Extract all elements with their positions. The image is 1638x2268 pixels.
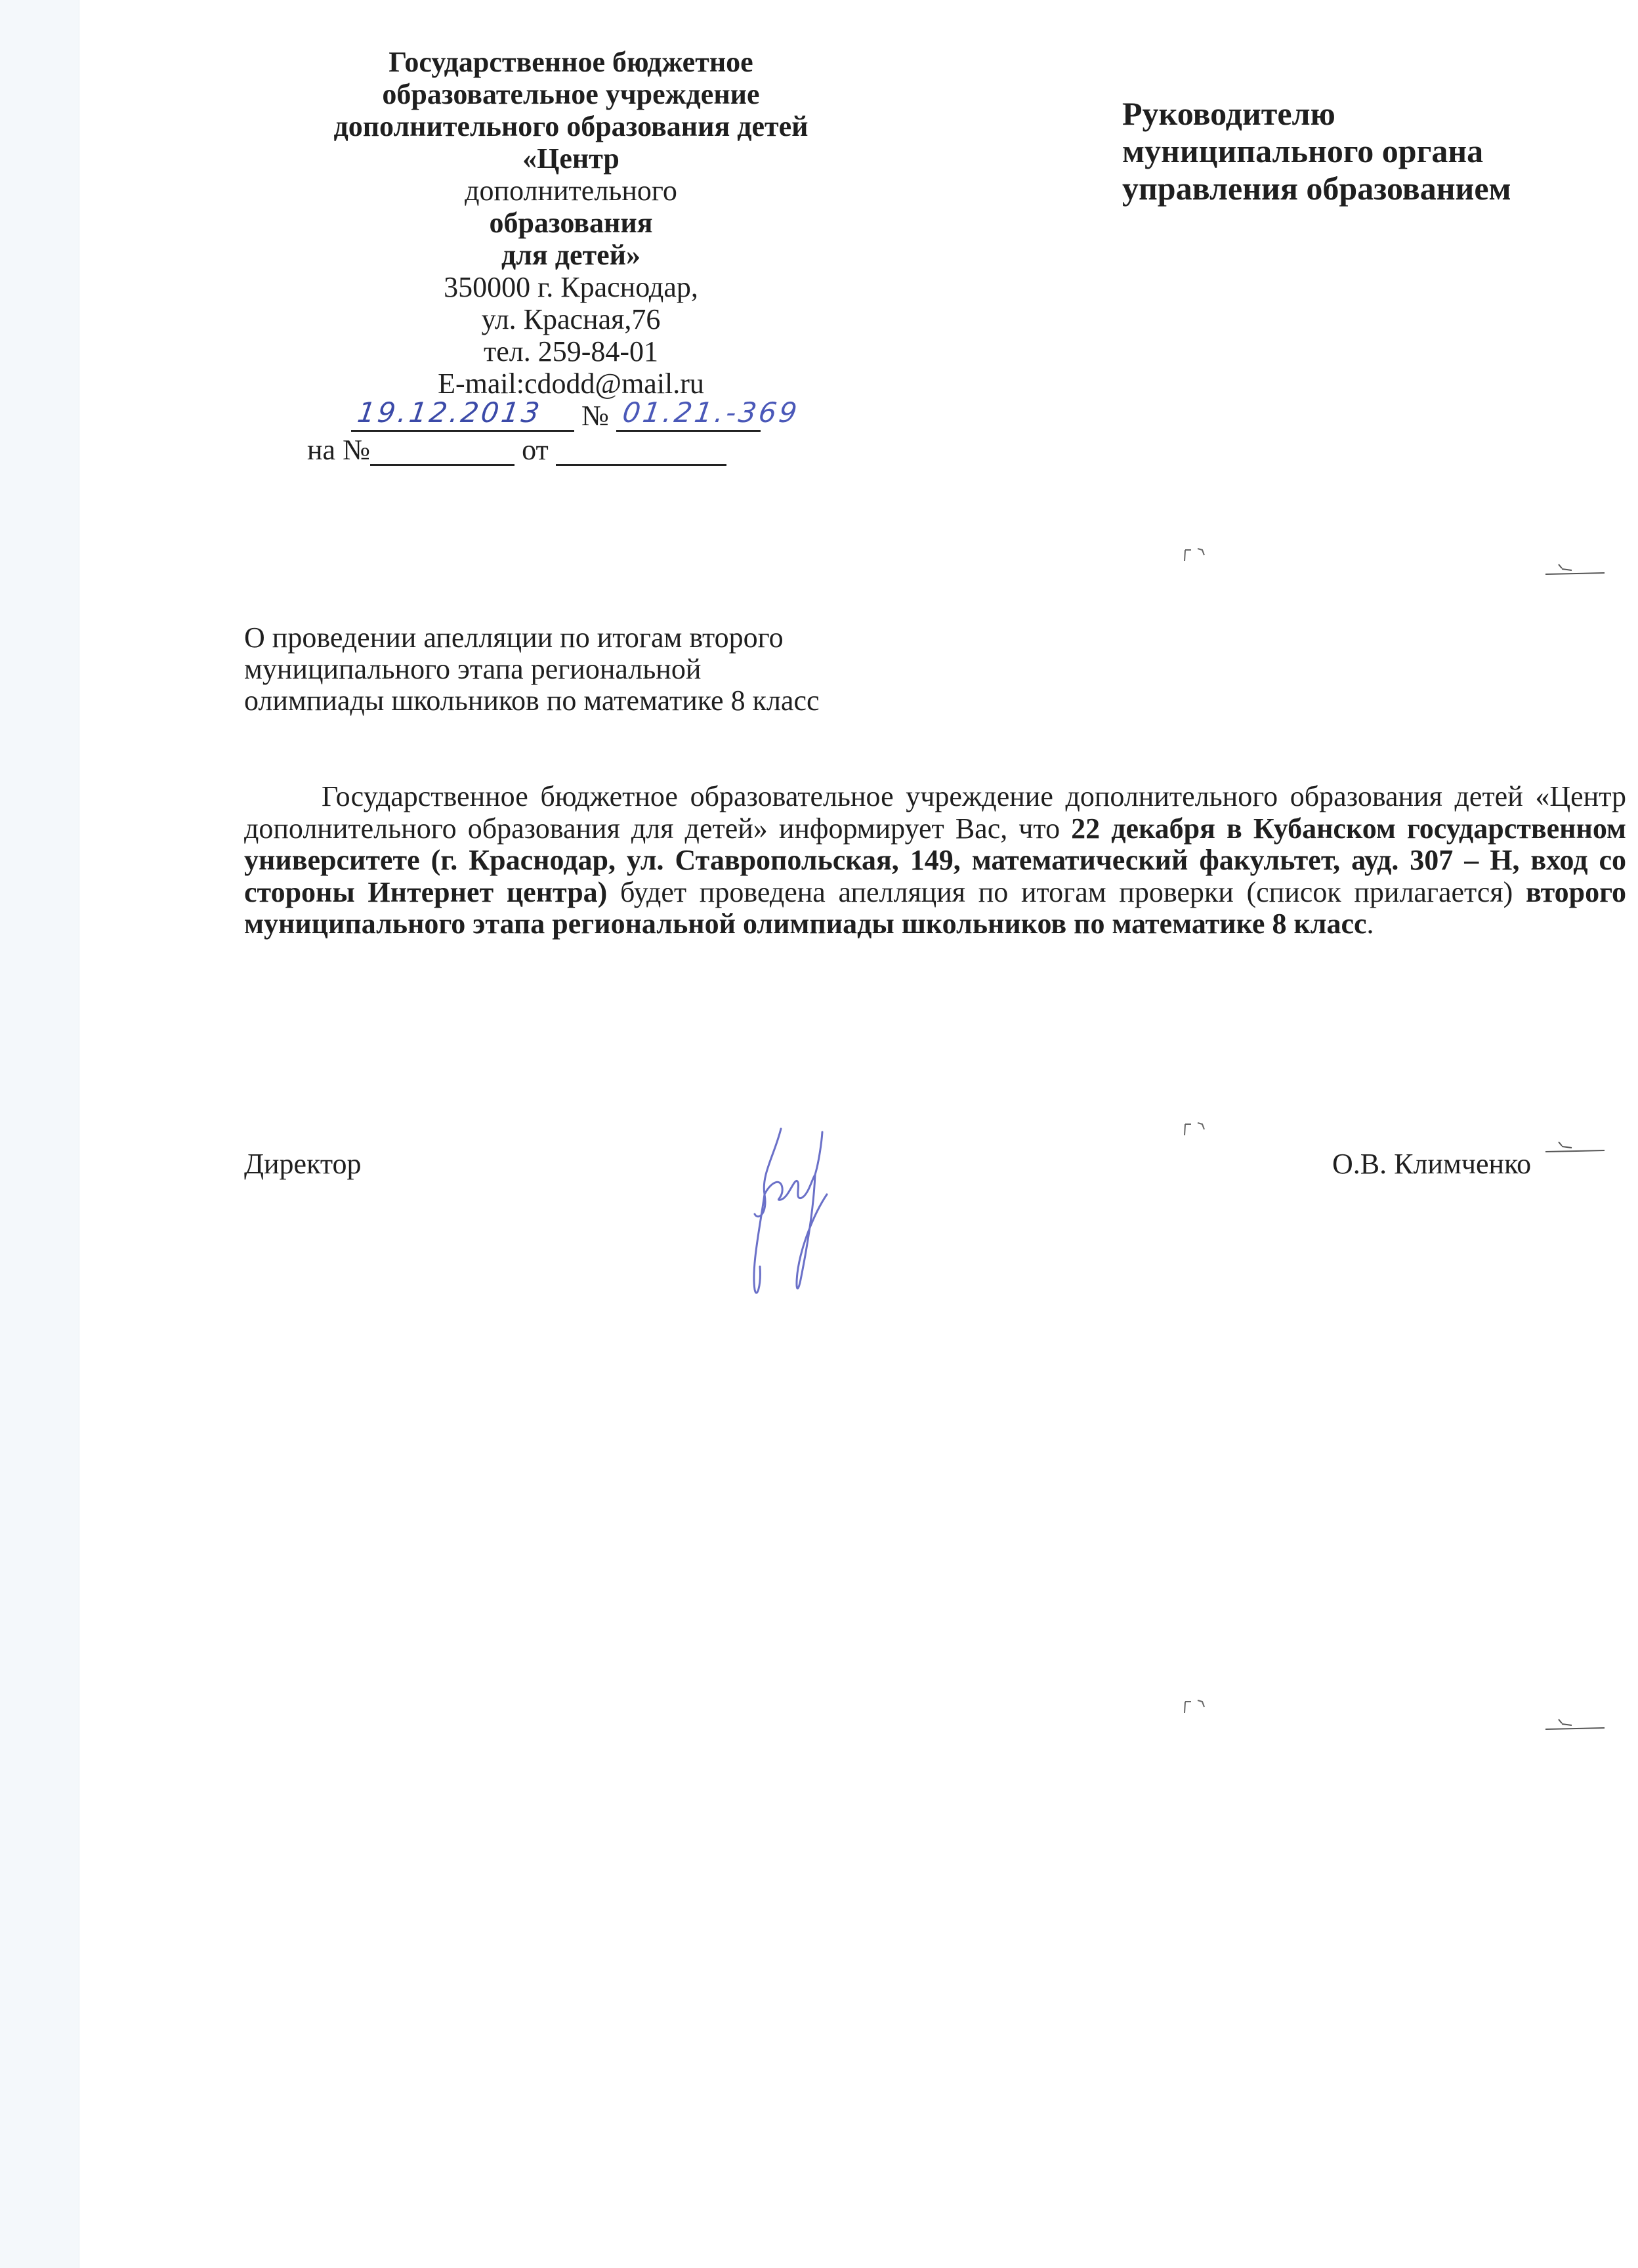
- number-sign: №: [581, 400, 609, 432]
- signatory-name: О.В. Климченко: [1332, 1148, 1531, 1180]
- phone-line: тел. 259-84-01: [289, 335, 853, 367]
- addressee-block: Руководителю муниципального органа управ…: [1122, 95, 1621, 207]
- address-line: ул. Красная,76: [289, 303, 853, 335]
- scan-artifact-icon: [1542, 1716, 1608, 1736]
- handwritten-signature-icon: [735, 1116, 892, 1299]
- org-name-line: дополнительного: [289, 175, 853, 207]
- scan-artifact-icon: [1181, 545, 1221, 564]
- scan-artifact-icon: [1542, 1139, 1608, 1158]
- body-text-end: .: [1367, 908, 1374, 940]
- addressee-line: управления образованием: [1122, 170, 1621, 207]
- outgoing-date-field: 19.12.2013: [351, 404, 574, 432]
- outgoing-number-field: 01.21.-369: [616, 404, 761, 432]
- org-name-line: Государственное бюджетное: [289, 46, 853, 78]
- signatory-title: Директор: [244, 1148, 362, 1180]
- letter-body: Государственное бюджетное образовательно…: [244, 781, 1626, 940]
- scan-artifact-icon: [1181, 1119, 1221, 1139]
- org-name-line: для детей»: [289, 239, 853, 271]
- on-number-label: на №: [307, 434, 370, 466]
- subject-line: муниципального этапа региональной: [244, 654, 1097, 685]
- subject-line: олимпиады школьников по математике 8 кла…: [244, 685, 1097, 717]
- address-line: 350000 г. Краснодар,: [289, 271, 853, 303]
- subject-line: О проведении апелляции по итогам второго: [244, 622, 1097, 654]
- org-name-line: образовательное учреждение: [289, 78, 853, 110]
- incoming-reference: на № от: [307, 434, 853, 468]
- addressee-line: муниципального органа: [1122, 133, 1621, 170]
- scan-artifact-icon: [1181, 1696, 1221, 1716]
- incoming-number-field: [370, 438, 514, 466]
- handwritten-date: 19.12.2013: [356, 396, 544, 429]
- outgoing-reference: 19.12.2013 № 01.21.-369: [351, 400, 853, 434]
- from-label: от: [522, 434, 549, 466]
- org-name-line: образования: [289, 207, 853, 239]
- org-name-line: «Центр: [289, 142, 853, 175]
- org-name-line: дополнительного образования детей: [289, 110, 853, 142]
- email-line: E-mail:cdodd@mail.ru: [289, 367, 853, 400]
- body-text-middle: будет проведена апелляция по итогам пров…: [607, 876, 1526, 908]
- letterhead: Государственное бюджетное образовательно…: [289, 46, 853, 468]
- incoming-date-field: [556, 438, 726, 466]
- letter-subject: О проведении апелляции по итогам второго…: [244, 622, 1097, 717]
- scan-artifact-icon: [1542, 561, 1608, 581]
- handwritten-number: 01.21.-369: [621, 396, 802, 429]
- addressee-line: Руководителю: [1122, 95, 1621, 133]
- scan-edge-strip: [0, 0, 79, 2268]
